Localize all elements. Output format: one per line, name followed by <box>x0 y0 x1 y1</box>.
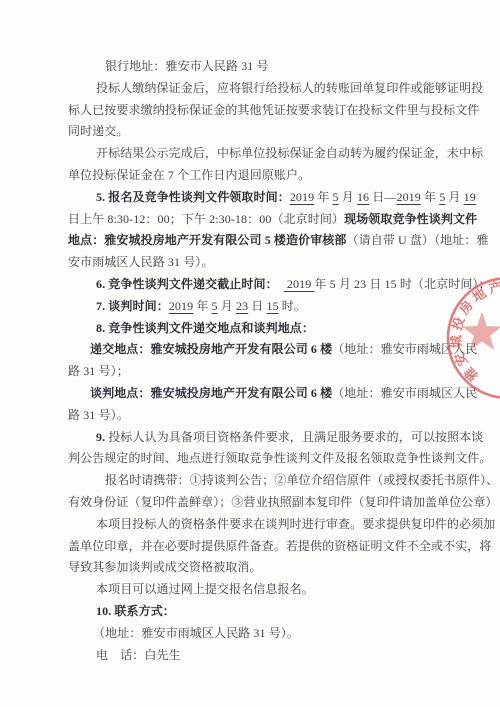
text-run: 6. 竞争性谈判文件递交截止时间： <box>96 277 272 291</box>
doc-line: 7. 谈判时间：2019 年 5 月 23 日 15 时。 <box>68 296 483 318</box>
text-run: 有效身份证（复印件盖鲜章）；③营业执照副本复印件（复印件请加盖单位公章） <box>68 495 498 509</box>
text-run: 投标人缴纳保证金后，应将银行给投标人的转账回单复印件或能够证明投 <box>96 81 483 95</box>
text-run: 报名时请携带：①持谈判公告；②单位介绍信原件（或授权委托书原件）、 <box>105 473 498 487</box>
text-run: 日上午 8:30-12：00；下午 2:30-18：00（北京时间） <box>68 212 344 226</box>
text-run: 15 <box>266 299 278 313</box>
text-run: （请自带 U 盘）（地址：雅 <box>347 233 489 247</box>
doc-line: 5. 报名及竞争性谈判文件领取时间：2019 年 5 月 16 日—2019 年… <box>68 187 483 209</box>
text-run: 月 <box>339 190 357 204</box>
text-run: 年 <box>193 299 211 313</box>
text-run: 7. 谈判时间： <box>96 299 169 313</box>
text-run: 日 <box>248 299 266 313</box>
text-run: 导致其参加谈判或成交资格被取消。 <box>68 560 262 574</box>
doc-line: 电 话：白先生 <box>68 645 483 667</box>
doc-line: 单位投标保证金在 7 个工作日内退回原账户。 <box>68 165 483 187</box>
text-run: 单位投标保证金在 7 个工作日内退回原账户。 <box>68 168 310 182</box>
text-run: 本项目可以通过网上提交报名信息报名。 <box>96 582 314 596</box>
text-run: （地址：雅安市雨城区人民路 31 号）。 <box>93 626 299 640</box>
doc-line: 开标结果公示完成后，中标单位投标保证金自动转为履约保证金，未中标 <box>68 143 483 165</box>
text-run: 投标人认为具备项目资格条件要求，且满足服务要求的，可以按照本谈 <box>105 430 483 444</box>
text-run: 路 31 号）； <box>68 364 129 378</box>
company-seal-stamp: 雅安城投房地产开发 <box>428 268 500 414</box>
doc-line: 地点：雅安城投房地产开发有限公司 5 楼造价审核部（请自带 U 盘）（地址：雅 <box>68 230 483 252</box>
text-run: 同时递交。 <box>68 124 129 138</box>
doc-line: 路 31 号）； <box>68 361 483 383</box>
doc-line: 谈判地点：雅安城投房地产开发有限公司 6 楼（地址：雅安市雨城区人民 <box>68 383 483 405</box>
text-run: 盖单位印章，并在必要时提供原件备查。若提供的资格证明文件不全或不实，将 <box>68 539 492 553</box>
text-run: 19 <box>464 190 476 204</box>
doc-line: 盖单位印章，并在必要时提供原件备查。若提供的资格证明文件不全或不实，将 <box>68 536 483 558</box>
doc-lines: 银行地址：雅安市人民路 31 号投标人缴纳保证金后，应将银行给投标人的转账回单复… <box>68 56 483 666</box>
text-run: 月 <box>218 299 236 313</box>
text-run <box>272 277 284 291</box>
text-run: 谈判地点：雅安城投房地产开发有限公司 6 楼 <box>90 386 332 400</box>
document-page: { "document": { "lines": [ { "indent": 3… <box>0 0 500 707</box>
text-run: 安市雨城区人民路 31 号）。 <box>68 255 214 269</box>
text-run: 10. 联系方式： <box>96 604 175 618</box>
text-run: 年 <box>421 190 439 204</box>
text-run: 现场领取竞争性谈判文件 <box>344 212 477 226</box>
text-run: 2019 <box>396 190 420 204</box>
doc-line: （地址：雅安市雨城区人民路 31 号）。 <box>68 623 483 645</box>
doc-line: 标人已按要求缴纳投标保证金的其他凭证按要求装订在投标文件里与投标文件 <box>68 100 483 122</box>
text-run: 月 <box>445 190 463 204</box>
text-run: 23 <box>236 299 248 313</box>
text-run: 时。 <box>279 299 306 313</box>
text-run: 电 话：白先生 <box>96 648 181 662</box>
text-run: 本项目投标人的资格条件要求在谈判时进行审查。要求提供复印件的必须加 <box>96 517 495 531</box>
doc-line: 有效身份证（复印件盖鲜章）；③营业执照副本复印件（复印件请加盖单位公章） <box>68 492 483 514</box>
doc-line: 导致其参加谈判或成交资格被取消。 <box>68 557 483 579</box>
text-run: 银行地址：雅安市人民路 31 号 <box>105 59 269 73</box>
doc-line: 6. 竞争性谈判文件递交截止时间： 2019 年 5 月 23 日 15 时（北… <box>68 274 483 296</box>
doc-line: 递交地点：雅安城投房地产开发有限公司 6 楼（地址：雅安市雨城区人民 <box>68 339 483 361</box>
doc-line: 投标人缴纳保证金后，应将银行给投标人的转账回单复印件或能够证明投 <box>68 78 483 100</box>
text-run: 判公告规定的时间、地点进行领取竞争性谈判文件及报名领取竞争性谈判文件。 <box>68 451 492 465</box>
doc-line: 银行地址：雅安市人民路 31 号 <box>68 56 483 78</box>
doc-line: 9. 投标人认为具备项目资格条件要求，且满足服务要求的，可以按照本谈 <box>68 427 483 449</box>
text-run: 16 <box>357 190 369 204</box>
text-run: 2019 <box>284 277 315 291</box>
text-run: 递交地点：雅安城投房地产开发有限公司 6 楼 <box>90 342 332 356</box>
doc-line: 路 31 号）。 <box>68 405 483 427</box>
doc-line: 日上午 8:30-12：00；下午 2:30-18：00（北京时间）现场领取竞争… <box>68 209 483 231</box>
text-run: 路 31 号）。 <box>68 408 129 422</box>
doc-line: 报名时请携带：①持谈判公告；②单位介绍信原件（或授权委托书原件）、 <box>68 470 483 492</box>
doc-line: 判公告规定的时间、地点进行领取竞争性谈判文件及报名领取竞争性谈判文件。 <box>68 448 483 470</box>
doc-line: 本项目投标人的资格条件要求在谈判时进行审查。要求提供复印件的必须加 <box>68 514 483 536</box>
doc-line: 同时递交。 <box>68 121 483 143</box>
text-run: 年 <box>314 190 332 204</box>
text-run: 8. 竞争性谈判文件递交地点和谈判地点： <box>96 321 314 335</box>
text-run: 标人已按要求缴纳投标保证金的其他凭证按要求装订在投标文件里与投标文件 <box>68 103 479 117</box>
doc-line: 8. 竞争性谈判文件递交地点和谈判地点： <box>68 318 483 340</box>
text-run: 2019 <box>290 190 314 204</box>
text-run: 开标结果公示完成后，中标单位投标保证金自动转为履约保证金，未中标 <box>96 146 483 160</box>
text-run: 日— <box>369 190 396 204</box>
scan-smudge <box>447 387 473 393</box>
doc-line: 本项目可以通过网上提交报名信息报名。 <box>68 579 483 601</box>
text-run: 地点：雅安城投房地产开发有限公司 5 楼造价审核部 <box>68 233 347 247</box>
text-run: 5. 报名及竞争性谈判文件领取时间： <box>96 190 290 204</box>
doc-line: 安市雨城区人民路 31 号）。 <box>68 252 483 274</box>
text-run: 2019 <box>169 299 193 313</box>
text-run: 9. <box>96 430 105 444</box>
doc-line: 10. 联系方式： <box>68 601 483 623</box>
